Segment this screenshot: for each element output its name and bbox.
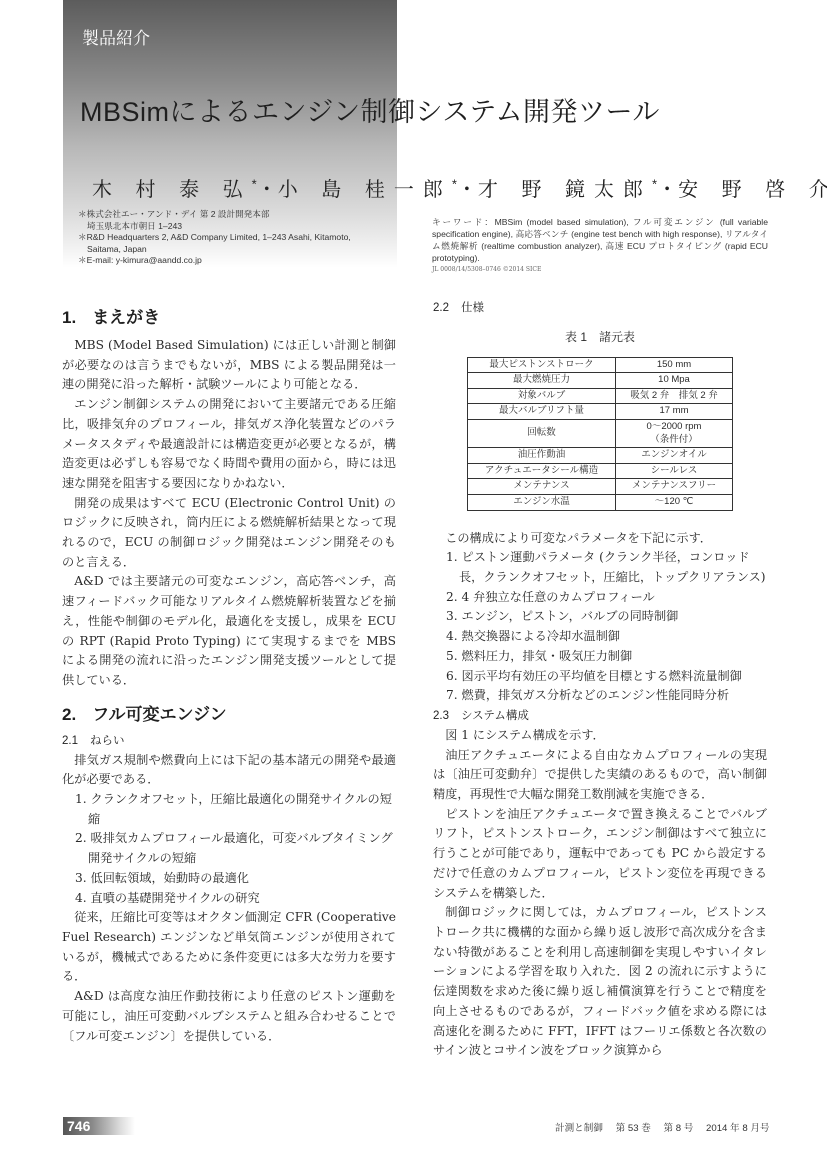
left-column: 1.まえがき MBS (Model Based Simulation) には正し… [62,306,396,1046]
affiliations: ＊株式会社エー・アンド・デイ 第 2 設計開発本部 埼玉県北本市朝日 1–243… [78,209,351,267]
journal-volume: 第 53 巻 [616,1123,651,1134]
author-name: 木 村 泰 弘 [92,179,252,201]
paragraph: 制御ロジックに関しては，カムプロフィール，ピストンストローク共に機構的な面から繰… [433,903,767,1061]
paragraph: この構成により可変なパラメータを下記に示す． [433,529,767,549]
section-heading: 1.まえがき [62,306,396,330]
subsection-heading: 2.2仕様 [433,298,767,318]
section-heading: 2.フル可変エンジン [62,703,396,727]
affiliation-jp: ＊株式会社エー・アンド・デイ 第 2 設計開発本部 [78,209,351,221]
table-row: 対象バルブ吸気 2 弁 排気 2 弁 [468,388,733,404]
affiliation-jp-address: 埼玉県北本市朝日 1–243 [78,221,351,233]
copyright-line: JL 0008/14/5308–0746 ©2014 SICE [432,264,768,276]
journal-issue: 第 8 号 [664,1123,694,1134]
subsection-heading: 2.3システム構成 [433,706,767,726]
list-item: 3. 低回転領域，始動時の最適化 [64,869,396,889]
keywords-text: キーワード：MBSim (model based simulation), フル… [432,216,768,264]
paragraph: ピストンを油圧アクチュエータで置き換えることでバルブリフト，ピストンストローク，… [433,805,767,904]
journal-date: 2014 年 8 月号 [706,1123,769,1134]
author-separator: ・ [257,179,278,201]
author-name: 小 島 桂一郎 [278,179,452,201]
spec-table: 最大ピストンストローク150 mm 最大燃焼圧力10 Mpa 対象バルブ吸気 2… [467,357,733,511]
list-item: 2. 吸排気カムプロフィール最適化，可変バルブタイミング開発サイクルの短縮 [64,829,396,868]
article-title: MBSimによるエンジン制御システム開発ツール [80,90,660,129]
list-item: 7. 燃費，排気ガス分析などのエンジン性能同時分析 [435,686,767,706]
paragraph: 従来，圧縮比可変等はオクタン価測定 CFR (Cooperative Fuel … [62,908,396,987]
paragraph: A&D は高度な油圧作動技術により任意のピストン運動を可能にし，油圧可変動バルブ… [62,987,396,1046]
subsection-heading: 2.1ねらい [62,731,396,751]
list-item: 2. 4 弁独立な任意のカムプロフィール [435,588,767,608]
table-row: 回転数0〜2000 rpm（条件付） [468,420,733,448]
right-column: 2.2仕様 表 1 諸元表 最大ピストンストローク150 mm 最大燃焼圧力10… [433,298,767,1061]
goal-list: 1. クランクオフセット，圧縮比最適化の開発サイクルの短縮 2. 吸排気カムプロ… [62,790,396,908]
list-item: 5. 燃料圧力，排気・吸気圧力制御 [435,647,767,667]
list-item: 4. 熱交換器による冷却水温制御 [435,627,767,647]
table-row: エンジン水温〜120 ℃ [468,495,733,511]
table-row: アクチュエータシール構造シールレス [468,463,733,479]
affiliation-en: ＊R&D Headquarters 2, A&D Company Limited… [78,232,351,244]
list-item: 6. 図示平均有効圧の平均値を目標とする燃料流量制御 [435,667,767,687]
parameter-list: 1. ピストン運動パラメータ (クランク半径，コンロッド長，クランクオフセット，… [433,548,767,706]
contact-email: ＊E-mail: y-kimura@aandd.co.jp [78,255,351,267]
paragraph: エンジン制御システムの開発において主要諸元である圧縮比，吸排気弁のプロフィール，… [62,395,396,494]
author-name: 安 野 啓 介 [678,179,827,201]
paragraph: 油圧アクチュエータによる自由なカムプロフィールの実現は〔油圧可変動弁〕で提供した… [433,746,767,805]
paragraph: A&D では主要諸元の可変なエンジン，高応答ベンチ，高速フィードバック可能なリア… [62,572,396,690]
list-item: 3. エンジン，ピストン，バルブの同時制御 [435,607,767,627]
author-list: 木 村 泰 弘*・小 島 桂一郎*・才 野 鏡太郎*・安 野 啓 介* [92,173,827,202]
keywords-block: キーワード：MBSim (model based simulation), フル… [432,216,768,276]
author-separator: ・ [457,179,478,201]
table-caption: 表 1 諸元表 [433,328,767,348]
page-number: 746 [63,1117,135,1135]
paragraph: 排気ガス規制や燃費向上には下記の基本諸元の開発や最適化が必要である． [62,751,396,790]
paragraph: MBS (Model Based Simulation) には正しい計測と制御が… [62,336,396,395]
list-item: 4. 直噴の基礎開発サイクルの研究 [64,889,396,909]
article-category: 製品紹介 [82,24,150,49]
author-name: 才 野 鏡太郎 [478,179,652,201]
table-row: 最大バルブリフト量17 mm [468,404,733,420]
list-item: 1. ピストン運動パラメータ (クランク半径，コンロッド長，クランクオフセット，… [435,548,767,587]
list-item: 1. クランクオフセット，圧縮比最適化の開発サイクルの短縮 [64,790,396,829]
table-row: 油圧作動油エンジンオイル [468,448,733,464]
journal-info: 計測と制御 第 53 巻 第 8 号 2014 年 8 月号 [555,1120,780,1134]
journal-name: 計測と制御 [555,1123,603,1134]
table-row: メンテナンスメンテナンスフリー [468,479,733,495]
paragraph: 図 1 にシステム構成を示す． [433,726,767,746]
affiliation-en-address: Saitama, Japan [78,244,351,256]
paragraph: 開発の成果はすべて ECU (Electronic Control Unit) … [62,494,396,573]
author-separator: ・ [657,179,678,201]
table-row: 最大燃焼圧力10 Mpa [468,373,733,389]
table-row: 最大ピストンストローク150 mm [468,357,733,373]
